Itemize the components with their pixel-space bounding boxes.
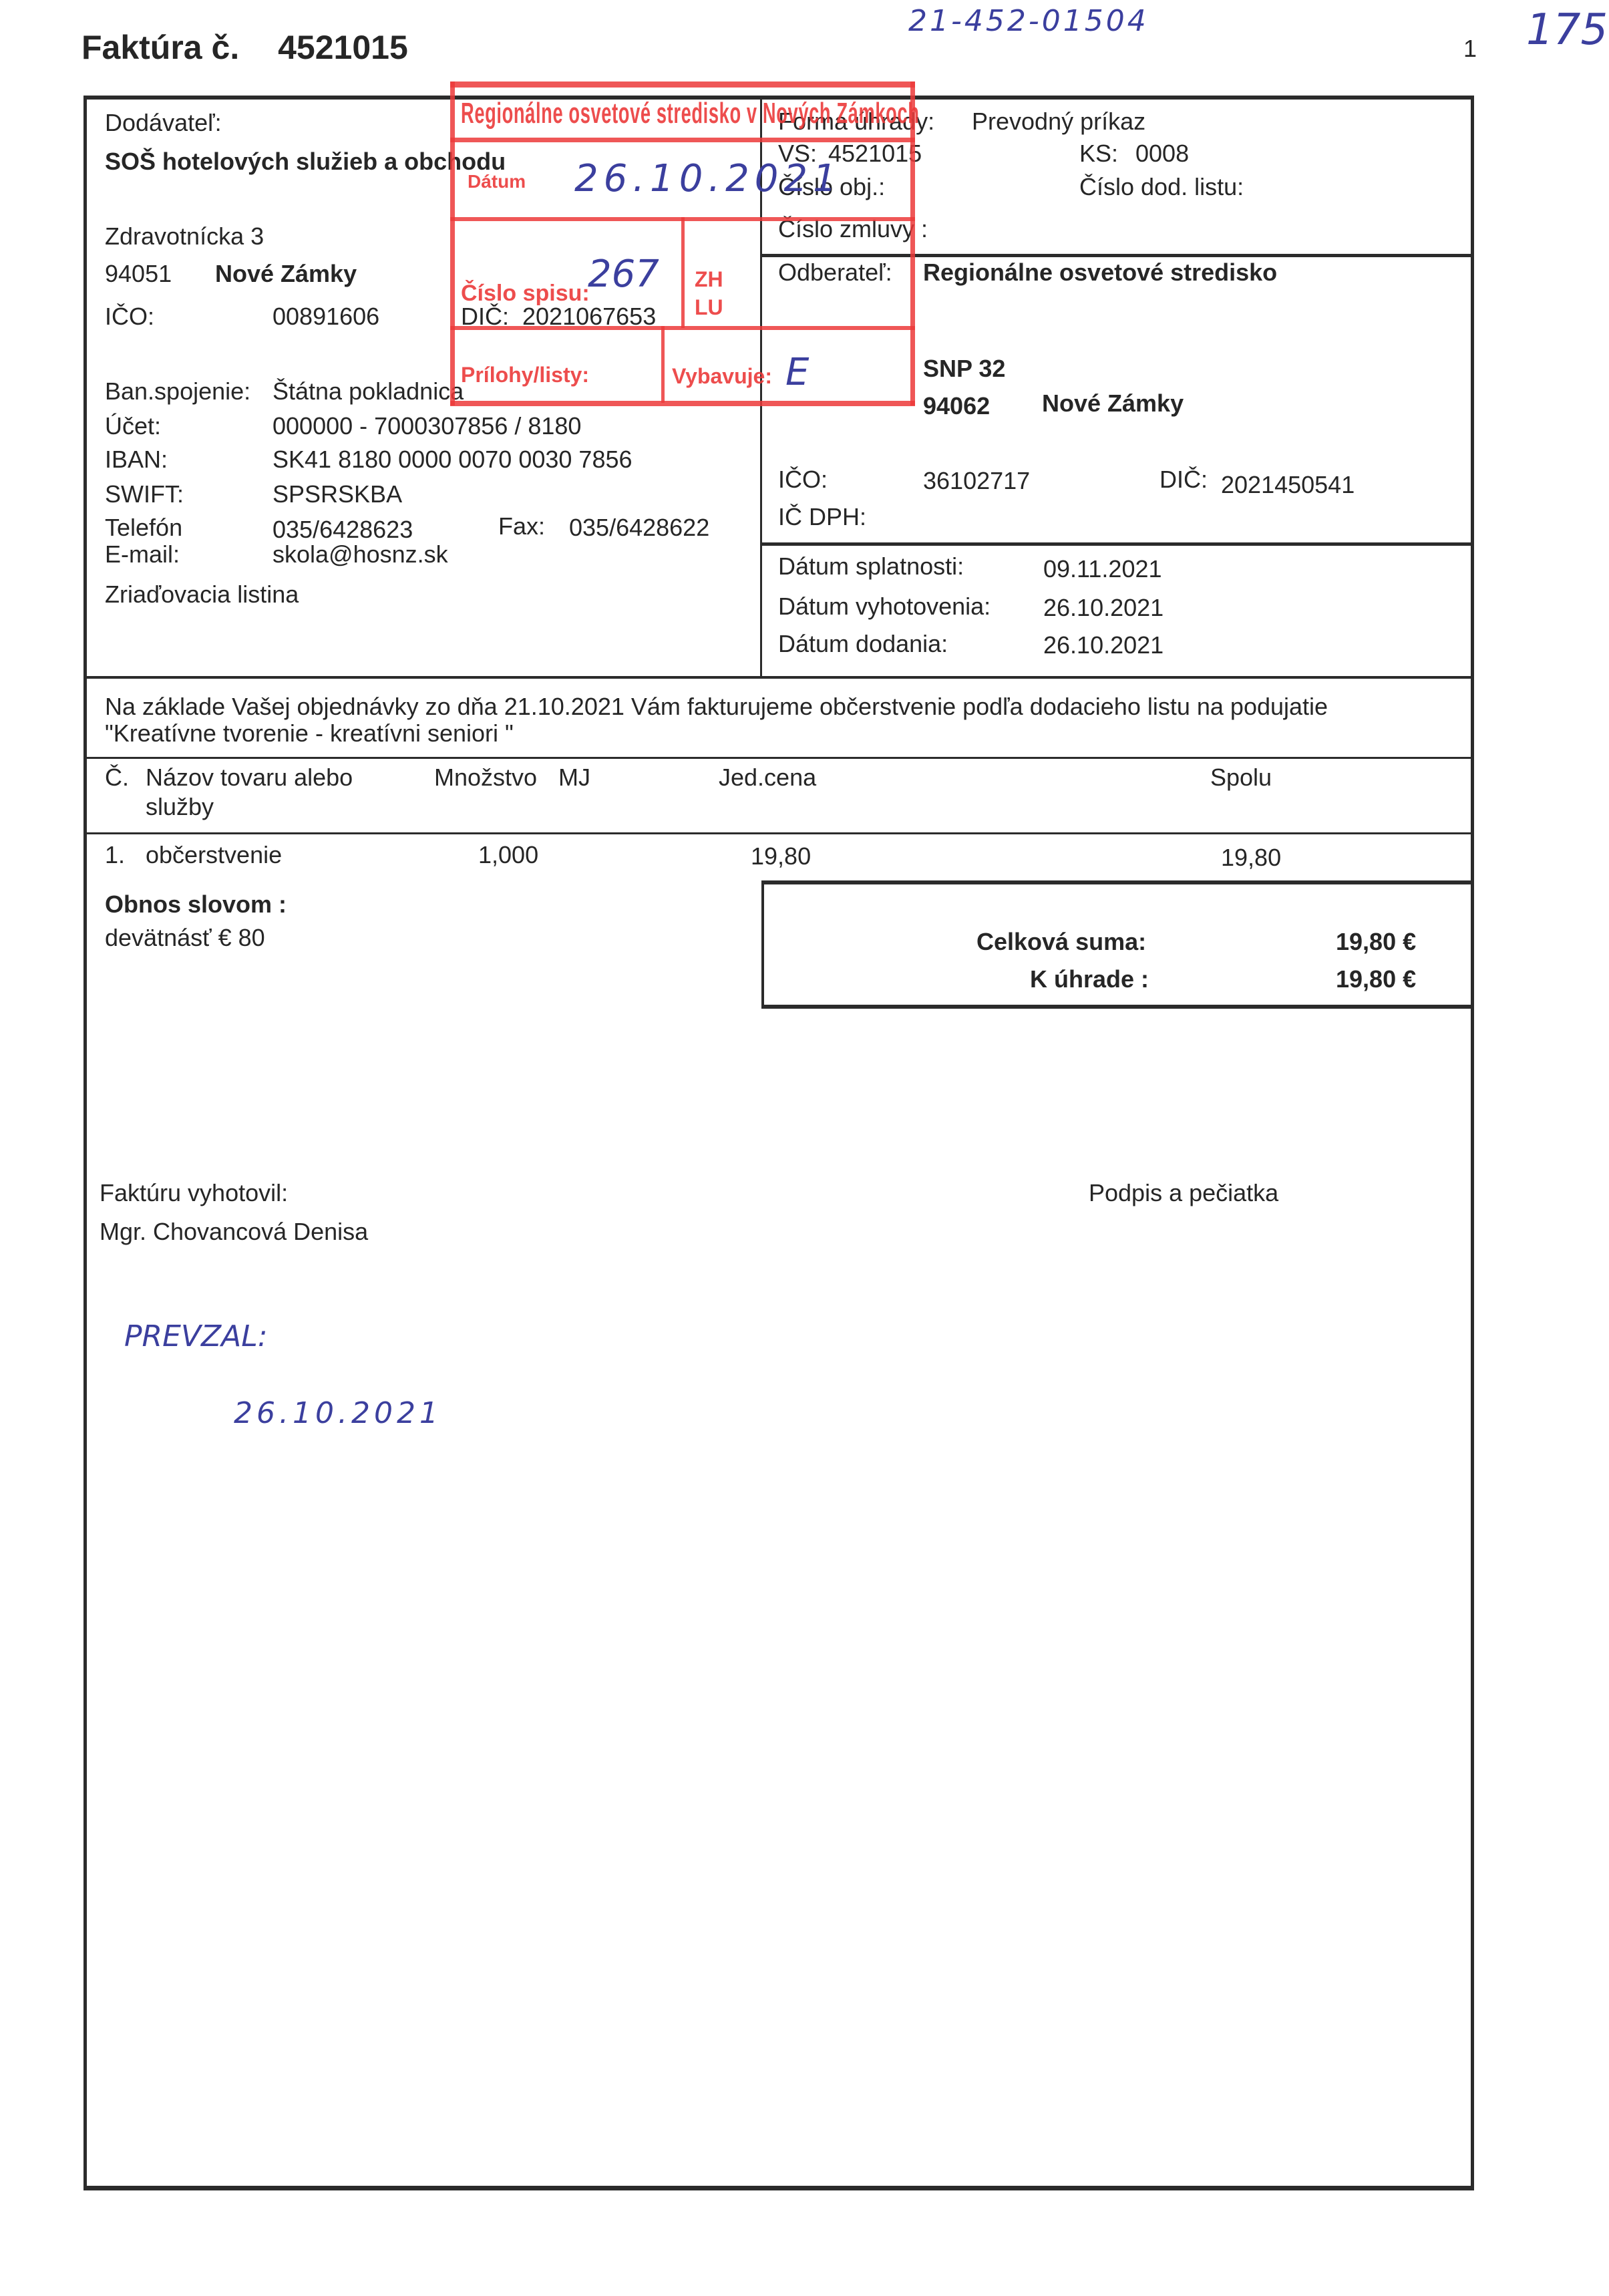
customer-city: Nové Zámky <box>1042 391 1184 416</box>
supplier-ico-label: IČO: <box>105 305 154 329</box>
table-header-top <box>83 757 1474 759</box>
stamp-handler-value: E <box>785 351 809 394</box>
stamp-date-value: 26.10.2021 <box>574 157 842 200</box>
supplier-bank-label: Ban.spojenie: <box>105 379 250 403</box>
stamp-handler-label: Vybavuje: <box>672 364 772 389</box>
supplier-swift-label: SWIFT: <box>105 482 184 506</box>
stamp-attachments-label: Prílohy/listy: <box>461 363 589 387</box>
intro-line-2: "Kreatívne tvorenie - kreatívni seniori … <box>105 721 514 746</box>
handwritten-reference: 21-452-01504 <box>908 4 1149 38</box>
delivery-note-label: Číslo dod. listu: <box>1079 175 1244 199</box>
stamp-title: Regionálne osvetové stredisko v Nových Z… <box>461 97 919 130</box>
stamp-file-label: Číslo spisu: <box>461 281 590 307</box>
issued-by-label: Faktúru vyhotovil: <box>100 1181 288 1205</box>
issued-by: Mgr. Chovancová Denisa <box>100 1220 368 1244</box>
ks-value: 0008 <box>1135 142 1189 166</box>
intro-line-1: Na základe Vašej objednávky zo dňa 21.10… <box>105 695 1328 719</box>
col-header-unit: MJ <box>558 766 590 790</box>
supplier-dic: 2021067653 <box>522 305 656 329</box>
signature-label: Podpis a pečiatka <box>1089 1181 1278 1205</box>
supplier-bank: Štátna pokladnica <box>273 379 464 403</box>
supplier-phone-label: Telefón <box>105 516 182 540</box>
row-name: občerstvenie <box>146 843 282 867</box>
supplier-email-label: E-mail: <box>105 542 180 566</box>
customer-ico-label: IČO: <box>778 468 828 492</box>
supplier-fax-label: Fax: <box>498 514 545 538</box>
row-total: 19,80 <box>1221 846 1281 870</box>
issue-date-label: Dátum vyhotovenia: <box>778 595 991 619</box>
supplier-dic-label: DIČ: <box>461 305 509 329</box>
supplier-registration: Zriaďovacia listina <box>105 583 299 607</box>
frame-right <box>1471 96 1474 2190</box>
supplier-ico: 00891606 <box>273 305 379 329</box>
col-header-total: Spolu <box>1210 766 1272 790</box>
customer-box-top <box>760 254 1474 257</box>
handwritten-page-mark: 175 <box>1526 5 1608 55</box>
ks-label: KS: <box>1079 142 1118 166</box>
customer-name: Regionálne osvetové stredisko <box>923 261 1277 285</box>
intro-top <box>83 676 1474 679</box>
supplier-phone: 035/6428623 <box>273 518 413 542</box>
col-header-qty: Množstvo <box>434 766 537 790</box>
page-number: 1 <box>1463 37 1477 61</box>
handwritten-received-date: 26.10.2021 <box>234 1396 442 1430</box>
supplier-zip: 94051 <box>105 262 172 286</box>
supplier-swift: SPSRSKBA <box>273 482 402 506</box>
issue-date: 26.10.2021 <box>1043 596 1164 620</box>
amount-due-label: K úhrade : <box>1030 967 1149 991</box>
delivery-date: 26.10.2021 <box>1043 633 1164 657</box>
payment-method: Prevodný príkaz <box>972 110 1145 134</box>
supplier-account-label: Účet: <box>105 414 161 438</box>
supplier-iban-label: IBAN: <box>105 448 168 472</box>
totals-box-bottom <box>761 1005 1474 1009</box>
delivery-date-label: Dátum dodania: <box>778 632 948 656</box>
customer-zip: 94062 <box>923 394 990 418</box>
stamp-code-1: ZH <box>695 267 723 292</box>
invoice-title: Faktúra č. 4521015 <box>81 28 408 67</box>
col-header-no: Č. <box>105 766 129 790</box>
supplier-fax: 035/6428622 <box>569 516 709 540</box>
amount-words-label: Obnos slovom : <box>105 892 287 917</box>
stamp-file-value: 267 <box>588 253 659 296</box>
supplier-email: skola@hosnz.sk <box>273 542 448 566</box>
invoice-title-label: Faktúra č. <box>81 29 239 66</box>
supplier-label: Dodávateľ: <box>105 111 222 135</box>
col-header-unit-price: Jed.cena <box>719 766 816 790</box>
stamp-code-2: LU <box>695 295 723 320</box>
customer-street: SNP 32 <box>923 357 1005 381</box>
customer-icdph-label: IČ DPH: <box>778 505 866 529</box>
col-header-name-2: služby <box>146 795 214 819</box>
row-no: 1. <box>105 843 125 867</box>
table-body-top <box>83 832 1474 834</box>
col-header-name: Názov tovaru alebo <box>146 766 353 790</box>
customer-label: Odberateľ: <box>778 261 892 285</box>
amount-due: 19,80 € <box>1336 967 1416 991</box>
row-qty: 1,000 <box>478 843 538 867</box>
amount-words-value: devätnásť € 80 <box>105 926 265 950</box>
customer-dic: 2021450541 <box>1221 473 1355 497</box>
customer-dic-label: DIČ: <box>1159 468 1208 492</box>
totals-box-left <box>761 880 764 1007</box>
row-unit-price: 19,80 <box>751 844 811 868</box>
customer-ico: 36102717 <box>923 469 1030 493</box>
supplier-account: 000000 - 7000307856 / 8180 <box>273 414 581 438</box>
vs-value: 4521015 <box>828 142 922 166</box>
supplier-name: SOŠ hotelových služieb a obchodu <box>105 150 506 174</box>
due-date-label: Dátum splatnosti: <box>778 554 964 579</box>
frame-left <box>83 96 87 2190</box>
due-date: 09.11.2021 <box>1043 557 1162 581</box>
supplier-street: Zdravotnícka 3 <box>105 224 264 249</box>
totals-box-top <box>761 880 1474 884</box>
supplier-iban: SK41 8180 0000 0070 0030 7856 <box>273 448 633 472</box>
stamp-date-label: Dátum <box>468 171 526 192</box>
dates-box-top <box>760 542 1474 546</box>
total-sum: 19,80 € <box>1336 930 1416 954</box>
supplier-city: Nové Zámky <box>215 262 357 286</box>
total-sum-label: Celková suma: <box>976 930 1146 954</box>
frame-bottom <box>83 2186 1474 2190</box>
invoice-number: 4521015 <box>278 29 408 66</box>
handwritten-received: PREVZAL: <box>124 1319 268 1353</box>
